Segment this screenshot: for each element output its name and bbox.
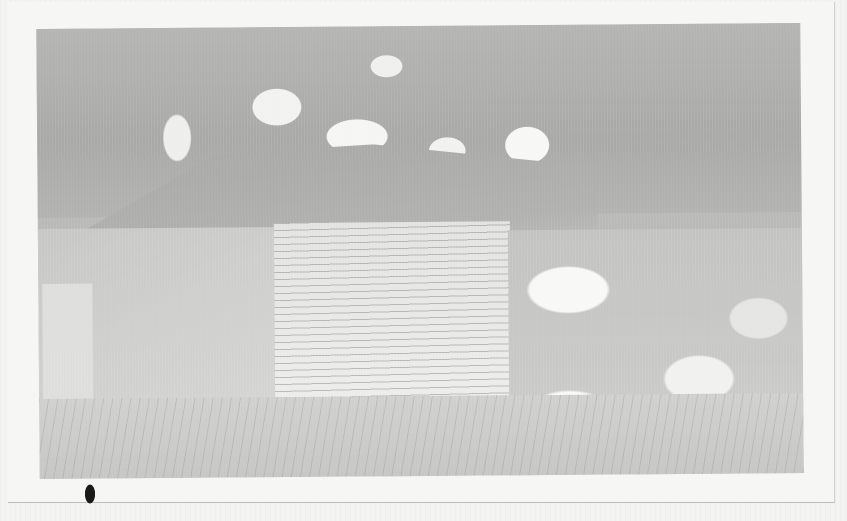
film-grain xyxy=(36,23,804,479)
ink-mark xyxy=(82,482,98,512)
photograph xyxy=(36,23,804,479)
scanned-paper-background xyxy=(0,0,847,521)
